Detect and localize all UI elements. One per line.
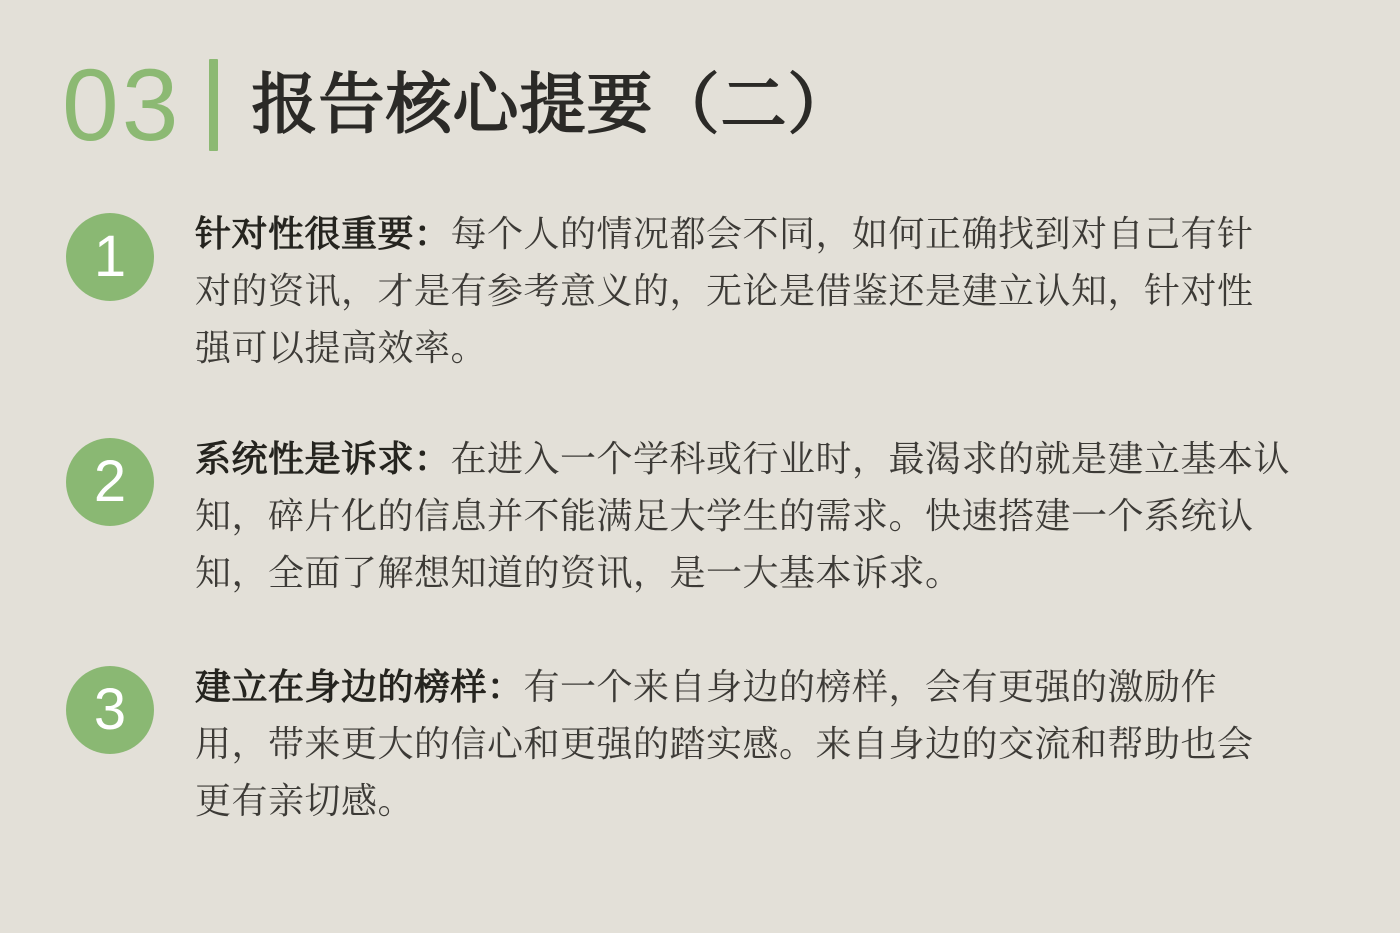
item-2-text: 系统性是诉求：在进入一个学科或行业时，最渴求的就是建立基本认 知，碎片化的信息并… <box>195 430 1325 601</box>
item-1-text: 针对性很重要：每个人的情况都会不同，如何正确找到对自己有针 对的资讯，才是有参考… <box>195 205 1325 376</box>
item-3-line-2: 用，带来更大的信心和更强的踏实感。来自身边的交流和帮助也会 <box>195 715 1325 772</box>
section-number: 03 <box>62 54 181 156</box>
item-1-line-3: 强可以提高效率。 <box>195 319 1325 376</box>
item-2-line-1-body: 在进入一个学科或行业时，最渴求的就是建立基本认 <box>451 438 1291 479</box>
list-item-2: 2 系统性是诉求：在进入一个学科或行业时，最渴求的就是建立基本认 知，碎片化的信… <box>66 430 1325 601</box>
item-2-number-badge: 2 <box>66 438 154 526</box>
item-3-line-1: 建立在身边的榜样：有一个来自身边的榜样，会有更强的激励作 <box>195 658 1325 715</box>
item-2-line-2: 知，碎片化的信息并不能满足大学生的需求。快速搭建一个系统认 <box>195 487 1325 544</box>
item-1-number: 1 <box>94 228 126 286</box>
item-2-line-1: 系统性是诉求：在进入一个学科或行业时，最渴求的就是建立基本认 <box>195 430 1325 487</box>
item-1-line-2: 对的资讯，才是有参考意义的，无论是借鉴还是建立认知，针对性 <box>195 262 1325 319</box>
item-1-line-1: 针对性很重要：每个人的情况都会不同，如何正确找到对自己有针 <box>195 205 1325 262</box>
item-3-line-1-body: 有一个来自身边的榜样，会有更强的激励作 <box>524 666 1218 707</box>
list-item-1: 1 针对性很重要：每个人的情况都会不同，如何正确找到对自己有针 对的资讯，才是有… <box>66 205 1325 376</box>
list-item-3: 3 建立在身边的榜样：有一个来自身边的榜样，会有更强的激励作 用，带来更大的信心… <box>66 658 1325 829</box>
item-1-line-1-body: 每个人的情况都会不同，如何正确找到对自己有针 <box>451 213 1254 254</box>
item-2-line-3: 知，全面了解想知道的资讯，是一大基本诉求。 <box>195 544 1325 601</box>
header: 03 报告核心提要（二） <box>62 52 854 157</box>
item-3-lead: 建立在身边的榜样： <box>195 666 524 707</box>
item-2-number: 2 <box>94 453 126 511</box>
item-1-lead: 针对性很重要： <box>195 213 451 254</box>
item-3-text: 建立在身边的榜样：有一个来自身边的榜样，会有更强的激励作 用，带来更大的信心和更… <box>195 658 1325 829</box>
header-divider-bar <box>209 59 218 151</box>
item-3-line-3: 更有亲切感。 <box>195 772 1325 829</box>
item-3-number-badge: 3 <box>66 666 154 754</box>
slide: 03 报告核心提要（二） 1 针对性很重要：每个人的情况都会不同，如何正确找到对… <box>0 0 1400 933</box>
page-title: 报告核心提要（二） <box>251 68 854 141</box>
item-3-number: 3 <box>94 681 126 739</box>
item-1-number-badge: 1 <box>66 213 154 301</box>
item-2-lead: 系统性是诉求： <box>195 438 451 479</box>
